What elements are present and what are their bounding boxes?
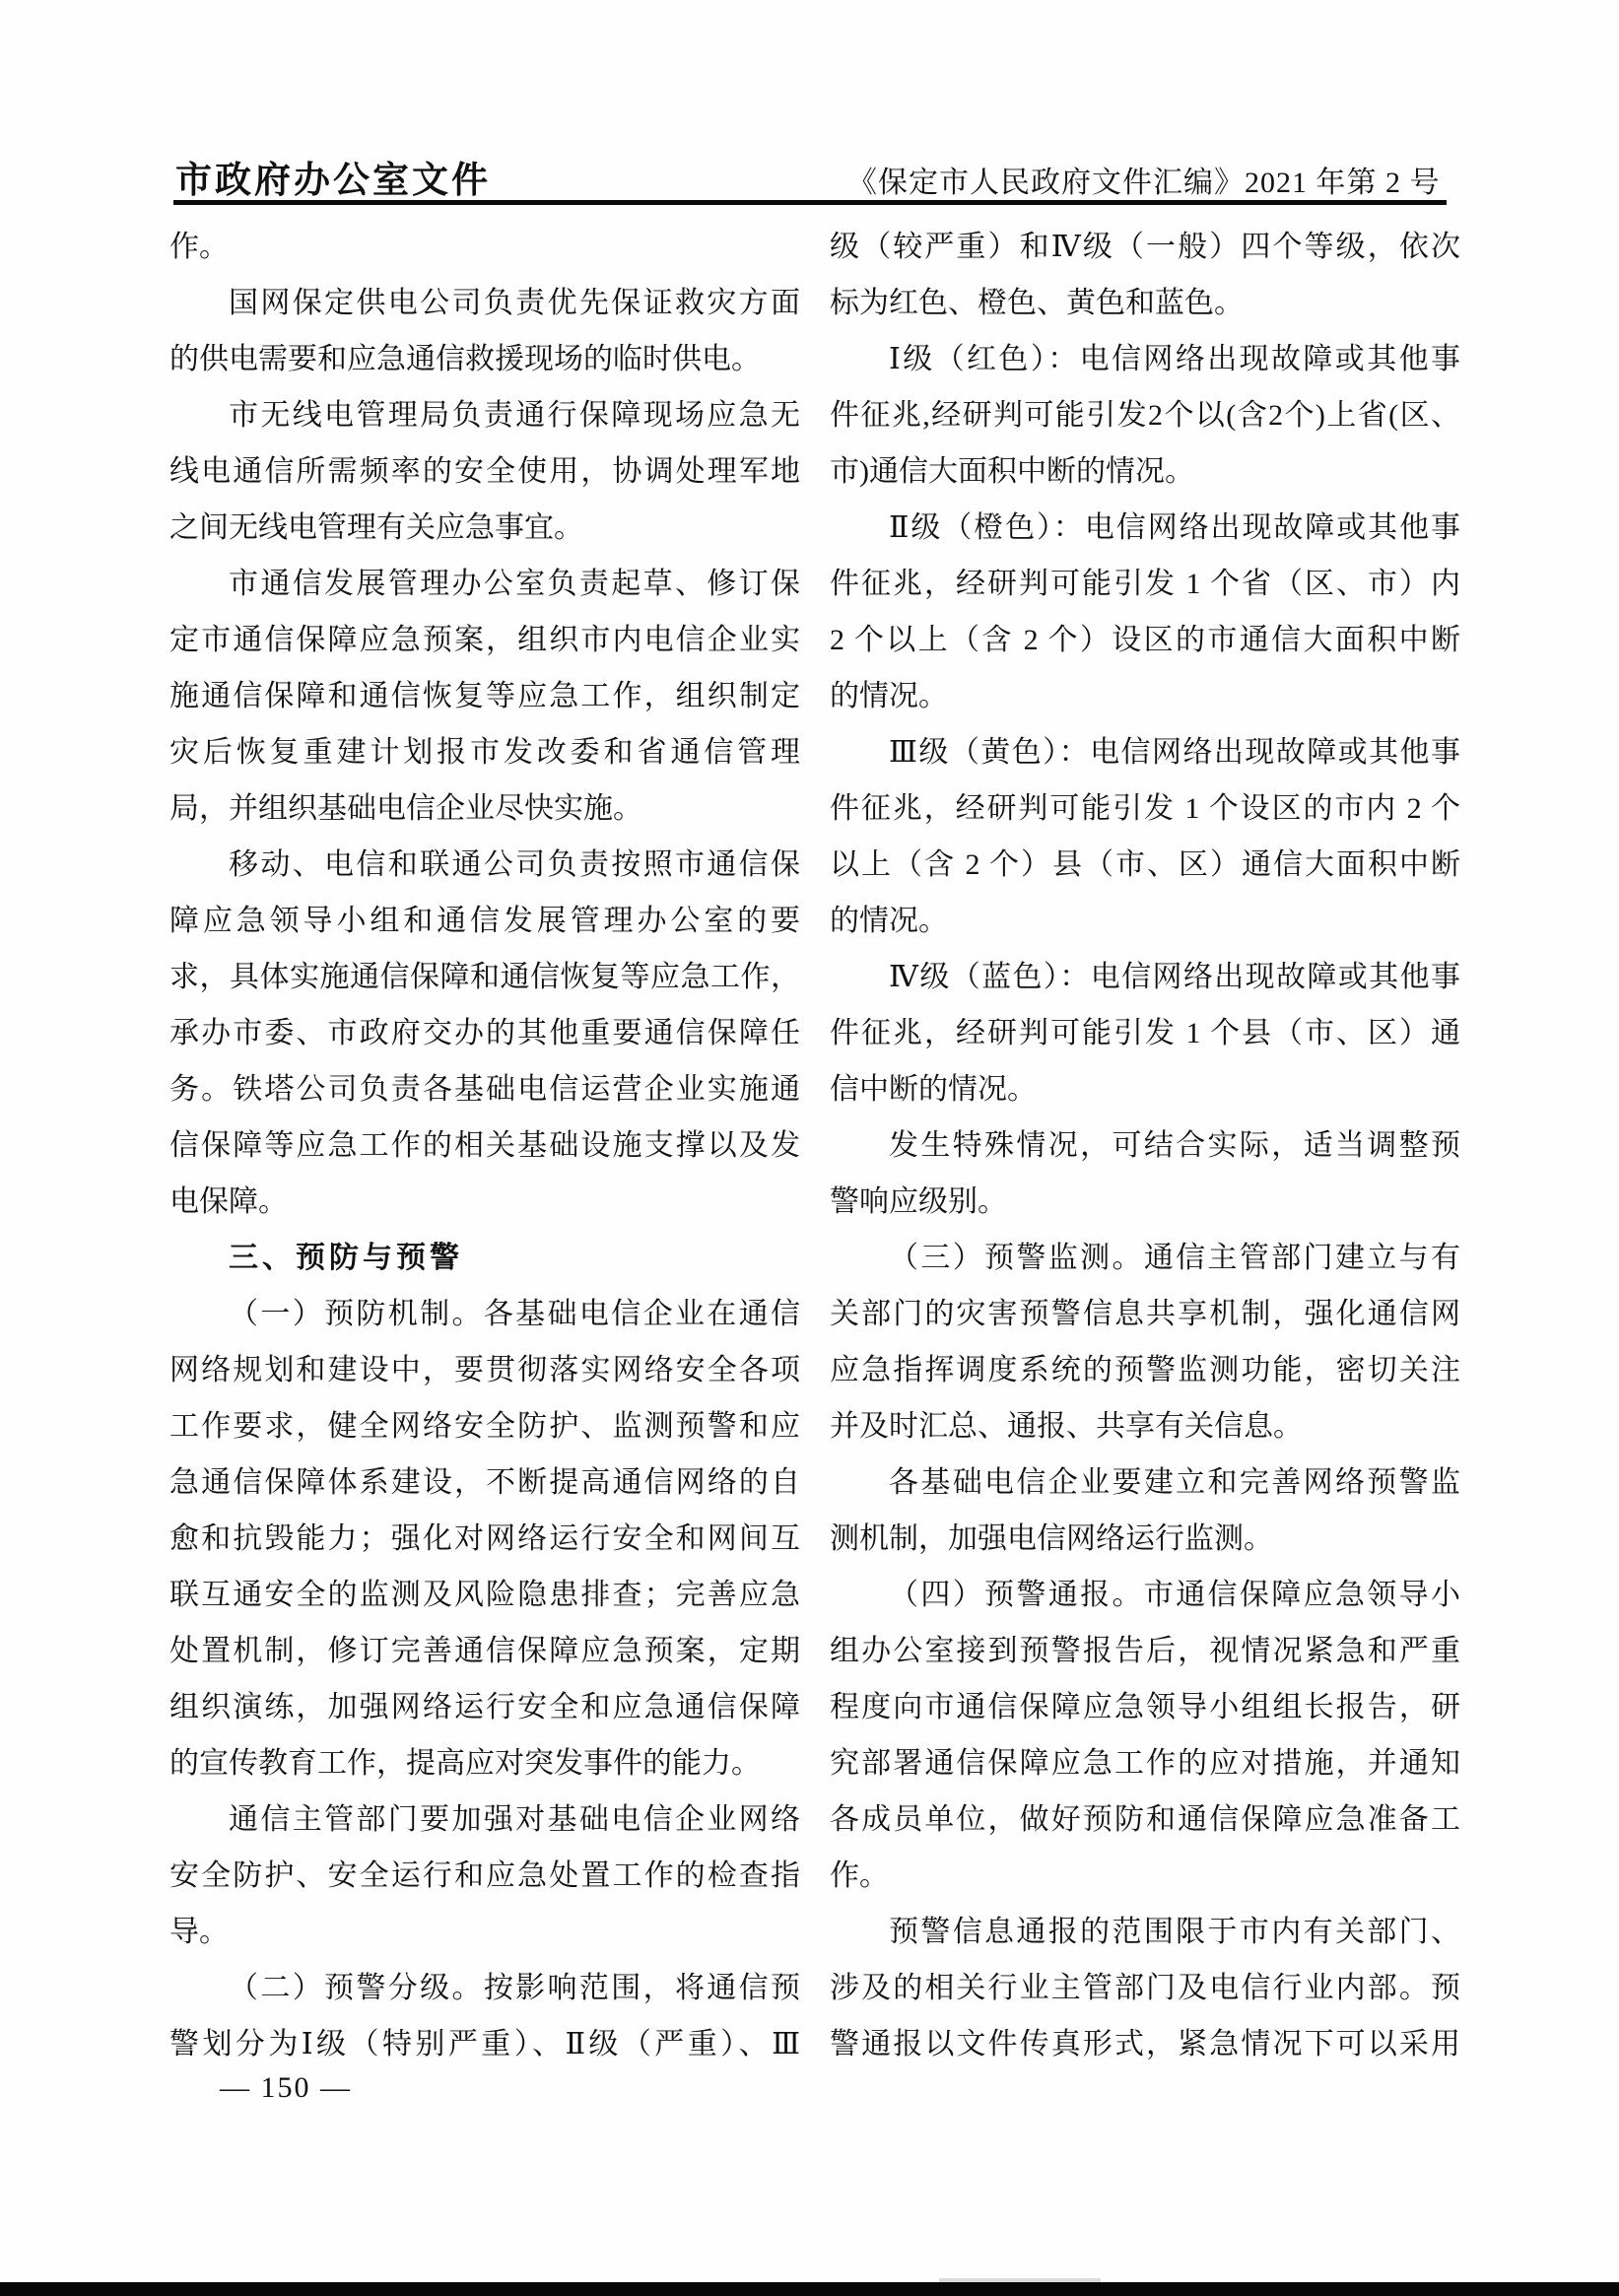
text-column-right: 级（较严重）和Ⅳ级（一般）四个等级，依次标为红色、橙色、黄色和蓝色。Ⅰ级（红色）… bbox=[830, 219, 1460, 2072]
text-line: 以上（含 2 个）县（市、区）通信大面积中断 bbox=[830, 837, 1460, 893]
text-line: 市无线电管理局负责通行保障现场应急无 bbox=[169, 387, 800, 443]
text-line: （一）预防机制。各基础电信企业在通信 bbox=[169, 1286, 800, 1342]
text-line: 警划分为Ⅰ级（特别严重）、Ⅱ级（严重）、Ⅲ bbox=[169, 2016, 800, 2072]
text-line: 件征兆，经研判可能引发 1 个省（区、市）内 bbox=[830, 556, 1460, 612]
text-line: 障应急领导小组和通信发展管理办公室的要 bbox=[169, 893, 800, 949]
header-right-compilation-title: 《保定市人民政府文件汇编》2021 年第 2 号 bbox=[847, 158, 1439, 201]
text-line: 2 个以上（含 2 个）设区的市通信大面积中断 bbox=[830, 612, 1460, 668]
text-line: 究部署通信保障应急工作的应对措施，并通知 bbox=[830, 1735, 1460, 1791]
text-line: 标为红色、橙色、黄色和蓝色。 bbox=[830, 275, 1460, 331]
text-line: 级（较严重）和Ⅳ级（一般）四个等级，依次 bbox=[830, 219, 1460, 275]
text-line: 应急指挥调度系统的预警监测功能，密切关注 bbox=[830, 1342, 1460, 1398]
header-left-title: 市政府办公室文件 bbox=[175, 150, 491, 203]
text-line: 求，具体实施通信保障和通信恢复等应急工作， bbox=[169, 949, 800, 1005]
text-line: 安全防护、安全运行和应急处置工作的检查指 bbox=[169, 1848, 800, 1904]
text-line: 电保障。 bbox=[169, 1174, 800, 1230]
text-line: Ⅰ级（红色）：电信网络出现故障或其他事 bbox=[830, 331, 1460, 387]
text-line: Ⅱ级（橙色）：电信网络出现故障或其他事 bbox=[830, 500, 1460, 556]
text-line: 程度向市通信保障应急领导小组组长报告，研 bbox=[830, 1679, 1460, 1735]
text-column-left: 作。国网保定供电公司负责优先保证救灾方面的供电需要和应急通信救援现场的临时供电。… bbox=[169, 219, 800, 2072]
header-rule bbox=[173, 200, 1447, 205]
text-line: 局，并组织基础电信企业尽快实施。 bbox=[169, 780, 800, 837]
text-line: （四）预警通报。市通信保障应急领导小 bbox=[830, 1567, 1460, 1623]
text-line: 测机制，加强电信网络运行监测。 bbox=[830, 1511, 1460, 1567]
text-line: 各成员单位，做好预防和通信保障应急准备工 bbox=[830, 1791, 1460, 1848]
document-page: 市政府办公室文件 《保定市人民政府文件汇编》2021 年第 2 号 作。国网保定… bbox=[0, 0, 1619, 2296]
text-line: 信中断的情况。 bbox=[830, 1061, 1460, 1117]
text-line: 涉及的相关行业主管部门及电信行业内部。预 bbox=[830, 1960, 1460, 2016]
page-number: — 150 — bbox=[202, 2071, 370, 2105]
text-line: 件征兆，经研判可能引发 1 个设区的市内 2 个 bbox=[830, 780, 1460, 837]
text-line: 的情况。 bbox=[830, 668, 1460, 724]
text-line: 预警信息通报的范围限于市内有关部门、 bbox=[830, 1904, 1460, 1960]
text-line: （二）预警分级。按影响范围，将通信预 bbox=[169, 1960, 800, 2016]
text-line: 警通报以文件传真形式，紧急情况下可以采用 bbox=[830, 2016, 1460, 2072]
text-line: 线电通信所需频率的安全使用，协调处理军地 bbox=[169, 443, 800, 500]
text-line: 网络规划和建设中，要贯彻落实网络安全各项 bbox=[169, 1342, 800, 1398]
text-line: 信保障等应急工作的相关基础设施支撑以及发 bbox=[169, 1117, 800, 1174]
text-line: 组织演练，加强网络运行安全和应急通信保障 bbox=[169, 1679, 800, 1735]
text-line: 并及时汇总、通报、共享有关信息。 bbox=[830, 1398, 1460, 1454]
text-line: 警响应级别。 bbox=[830, 1174, 1460, 1230]
text-line: 施通信保障和通信恢复等应急工作，组织制定 bbox=[169, 668, 800, 724]
text-line: 愈和抗毁能力；强化对网络运行安全和网间互 bbox=[169, 1511, 800, 1567]
text-line: 灾后恢复重建计划报市发改委和省通信管理 bbox=[169, 724, 800, 780]
text-line: 承办市委、市政府交办的其他重要通信保障任 bbox=[169, 1005, 800, 1061]
text-line: 移动、电信和联通公司负责按照市通信保 bbox=[169, 837, 800, 893]
text-line: 工作要求，健全网络安全防护、监测预警和应 bbox=[169, 1398, 800, 1454]
text-line: 市通信发展管理办公室负责起草、修订保 bbox=[169, 556, 800, 612]
text-line: 三、预防与预警 bbox=[169, 1230, 800, 1286]
text-line: 作。 bbox=[169, 219, 800, 275]
text-line: 联互通安全的监测及风险隐患排查；完善应急 bbox=[169, 1567, 800, 1623]
text-line: 处置机制，修订完善通信保障应急预案，定期 bbox=[169, 1623, 800, 1679]
text-line: 发生特殊情况，可结合实际，适当调整预 bbox=[830, 1117, 1460, 1174]
text-line: 件征兆，经研判可能引发 1 个县（市、区）通 bbox=[830, 1005, 1460, 1061]
text-line: Ⅳ级（蓝色）：电信网络出现故障或其他事 bbox=[830, 949, 1460, 1005]
text-line: 关部门的灾害预警信息共享机制，强化通信网 bbox=[830, 1286, 1460, 1342]
text-line: 务。铁塔公司负责各基础电信运营企业实施通 bbox=[169, 1061, 800, 1117]
text-line: 作。 bbox=[830, 1848, 1460, 1904]
scan-artifact-bottom-bar bbox=[0, 2282, 1619, 2296]
text-line: 件征兆,经研判可能引发2个以(含2个)上省(区、 bbox=[830, 387, 1460, 443]
text-line: 通信主管部门要加强对基础电信企业网络 bbox=[169, 1791, 800, 1848]
text-line: 的供电需要和应急通信救援现场的临时供电。 bbox=[169, 331, 800, 387]
text-line: 定市通信保障应急预案，组织市内电信企业实 bbox=[169, 612, 800, 668]
text-line: Ⅲ级（黄色）：电信网络出现故障或其他事 bbox=[830, 724, 1460, 780]
text-line: 市)通信大面积中断的情况。 bbox=[830, 443, 1460, 500]
text-line: 的宣传教育工作，提高应对突发事件的能力。 bbox=[169, 1735, 800, 1791]
text-line: 的情况。 bbox=[830, 893, 1460, 949]
text-line: 组办公室接到预警报告后，视情况紧急和严重 bbox=[830, 1623, 1460, 1679]
text-line: （三）预警监测。通信主管部门建立与有 bbox=[830, 1230, 1460, 1286]
text-line: 国网保定供电公司负责优先保证救灾方面 bbox=[169, 275, 800, 331]
text-line: 之间无线电管理有关应急事宜。 bbox=[169, 500, 800, 556]
text-line: 导。 bbox=[169, 1904, 800, 1960]
text-line: 各基础电信企业要建立和完善网络预警监 bbox=[830, 1454, 1460, 1511]
text-line: 急通信保障体系建设，不断提高通信网络的自 bbox=[169, 1454, 800, 1511]
